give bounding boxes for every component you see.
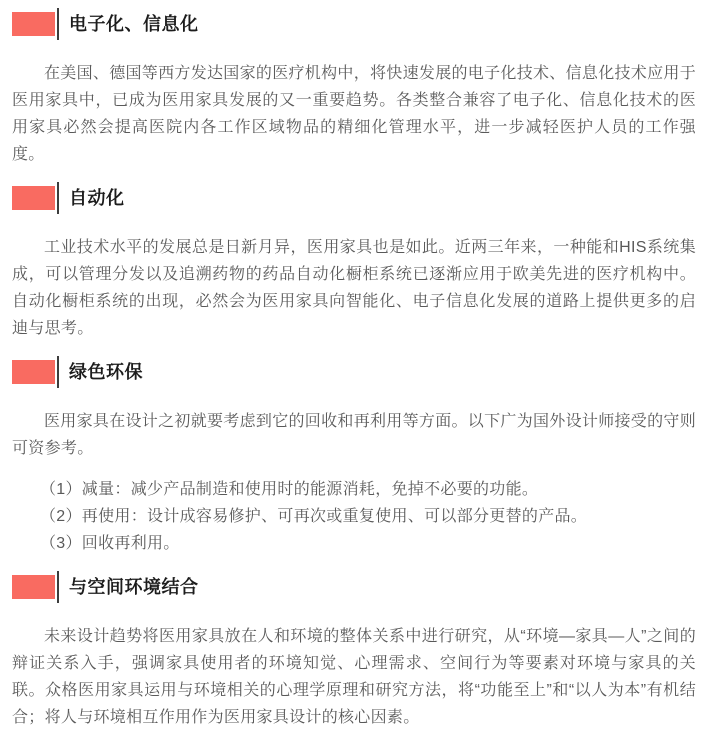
red-block-decoration <box>12 186 55 210</box>
section-header: 绿色环保 <box>12 356 696 388</box>
section-green: 绿色环保 医用家具在设计之初就要考虑到它的回收和再利用等方面。以下广为国外设计师… <box>12 356 696 557</box>
section-header: 自动化 <box>12 182 696 214</box>
vertical-divider <box>57 8 59 40</box>
section-title: 绿色环保 <box>69 356 143 388</box>
list-item: （2）再使用：设计成容易修护、可再次或重复使用、可以部分更替的产品。 <box>12 503 696 530</box>
paragraph: 在美国、德国等西方发达国家的医疗机构中，将快速发展的电子化技术、信息化技术应用于… <box>12 60 696 168</box>
red-block-decoration <box>12 360 55 384</box>
red-block-decoration <box>12 575 55 599</box>
section-automation: 自动化 工业技术水平的发展总是日新月异，医用家具也是如此。近两三年来，一种能和H… <box>12 182 696 342</box>
section-header: 电子化、信息化 <box>12 8 696 40</box>
paragraph: 工业技术水平的发展总是日新月异，医用家具也是如此。近两三年来，一种能和HIS系统… <box>12 234 696 342</box>
paragraph: 医用家具在设计之初就要考虑到它的回收和再利用等方面。以下广为国外设计师接受的守则… <box>12 408 696 462</box>
article-page: 电子化、信息化 在美国、德国等西方发达国家的医疗机构中，将快速发展的电子化技术、… <box>0 0 710 751</box>
list-item: （3）回收再利用。 <box>12 530 696 557</box>
guideline-list: （1）减量：减少产品制造和使用时的能源消耗，免掉不必要的功能。 （2）再使用：设… <box>12 476 696 557</box>
section-title: 自动化 <box>69 182 125 214</box>
vertical-divider <box>57 182 59 214</box>
section-electronic: 电子化、信息化 在美国、德国等西方发达国家的医疗机构中，将快速发展的电子化技术、… <box>12 8 696 168</box>
section-header: 与空间环境结合 <box>12 571 696 603</box>
list-item: （1）减量：减少产品制造和使用时的能源消耗，免掉不必要的功能。 <box>12 476 696 503</box>
section-title: 电子化、信息化 <box>69 8 199 40</box>
red-block-decoration <box>12 12 55 36</box>
section-title: 与空间环境结合 <box>69 571 199 603</box>
vertical-divider <box>57 571 59 603</box>
section-space-environment: 与空间环境结合 未来设计趋势将医用家具放在人和环境的整体关系中进行研究，从“环境… <box>12 571 696 731</box>
vertical-divider <box>57 356 59 388</box>
